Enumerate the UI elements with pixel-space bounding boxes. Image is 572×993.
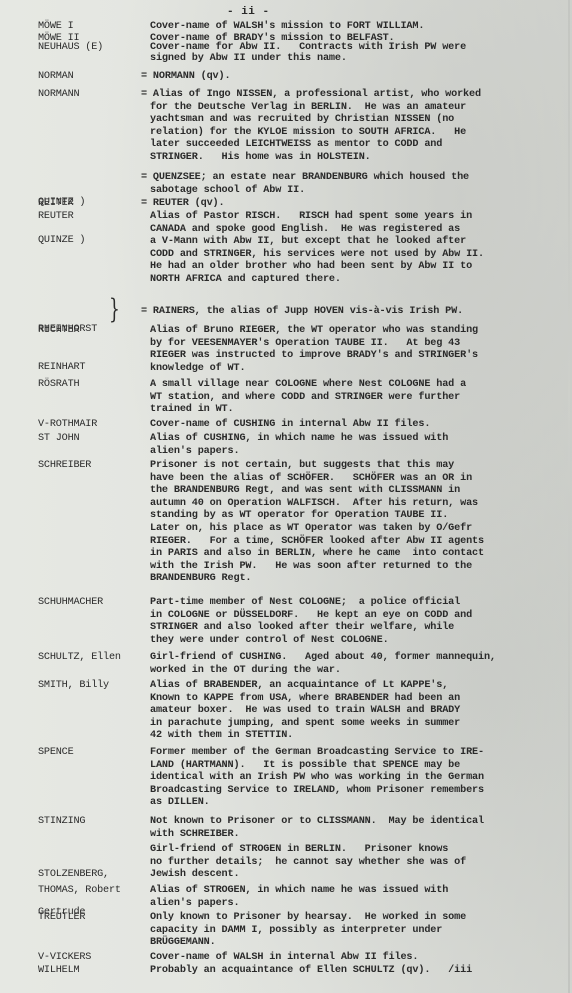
entry-definition: Alias of Bruno RIEGER, the WT operator w… [150, 325, 550, 375]
entry-definition: Girl-friend of STROGEN in BERLIN. Prison… [150, 844, 550, 882]
entry-definition: Former member of the German Broadcasting… [150, 747, 550, 810]
entry-definition: Cover-name of WALSH's mission to FORT WI… [150, 21, 550, 34]
entry-definition: Alias of STROGEN, in which name he was i… [150, 885, 550, 910]
entry-term: RICHTER [38, 325, 158, 338]
entry-term: THOMAS, Robert [38, 885, 158, 898]
entry-definition: Cover-name of CUSHING in internal Abw II… [150, 419, 550, 432]
entry-definition: Cover-name for Abw II. Contracts with Ir… [150, 43, 550, 64]
page-edge-shadow [568, 0, 570, 993]
entry-term: SCHULTZ, Ellen [38, 652, 158, 665]
typewritten-page: - ii - MÖWE I Cover-name of WALSH's miss… [0, 0, 572, 993]
entry-term: TREUTLER [38, 912, 158, 925]
page-number: - ii - [227, 6, 270, 18]
entry-term: NEUHAUS (E) [38, 43, 158, 54]
entry-definition: = Alias of Ingo NISSEN, a professional a… [141, 89, 541, 165]
entry-definition: Part-time member of Nest COLOGNE; a poli… [150, 597, 550, 647]
entry-definition: = QUENZSEE; an estate near BRANDENBURG w… [141, 172, 541, 197]
entry-term: WILHELM [38, 965, 158, 978]
entry-definition: Girl-friend of CUSHING. Aged about 40, f… [150, 652, 550, 677]
entry-definition: Probably an acquaintance of Ellen SCHULT… [150, 965, 550, 978]
entry-definition: Alias of Pastor RISCH. RISCH had spent s… [150, 211, 550, 287]
entry-definition: = RAINERS, the alias of Jupp HOVEN vis-à… [141, 306, 541, 319]
entry-definition: Alias of BRABENDER, an acquaintance of L… [150, 680, 550, 743]
entry-definition: Prisoner is not certain, but suggests th… [150, 460, 550, 586]
entry-definition: Alias of CUSHING, in which name he was i… [150, 433, 550, 458]
entry-definition: Cover-name of WALSH in internal Abw II f… [150, 952, 550, 965]
entry-term: SPENCE [38, 747, 158, 760]
entry-term: SCHUHMACHER [38, 597, 158, 610]
entry-term: REUTER [38, 211, 158, 224]
entry-term: RÖSRATH [38, 379, 158, 392]
entry-definition: Not known to Prisoner or to CLISSMANN. M… [150, 816, 550, 841]
entry-term: ST JOHN [38, 433, 158, 446]
entry-term: MÖWE I [38, 21, 158, 34]
entry-term: NORMANN [38, 89, 158, 102]
grouping-brace: } [109, 297, 120, 324]
entry-term: V-ROTHMAIR [38, 419, 158, 432]
entry-definition: A small village near COLOGNE where Nest … [150, 379, 550, 417]
entry-term: V-VICKERS [38, 952, 158, 965]
entry-term: SMITH, Billy [38, 680, 158, 693]
entry-term: NORMAN [38, 71, 158, 84]
entry-definition: = NORMANN (qv). [141, 71, 541, 84]
entry-term: REITER [38, 198, 158, 211]
entry-definition: = REUTER (qv). [141, 198, 541, 211]
entry-term: SCHREIBER [38, 460, 158, 473]
entry-definition: Only known to Prisoner by hearsay. He wo… [150, 912, 550, 950]
entry-term: STINZING [38, 816, 158, 829]
